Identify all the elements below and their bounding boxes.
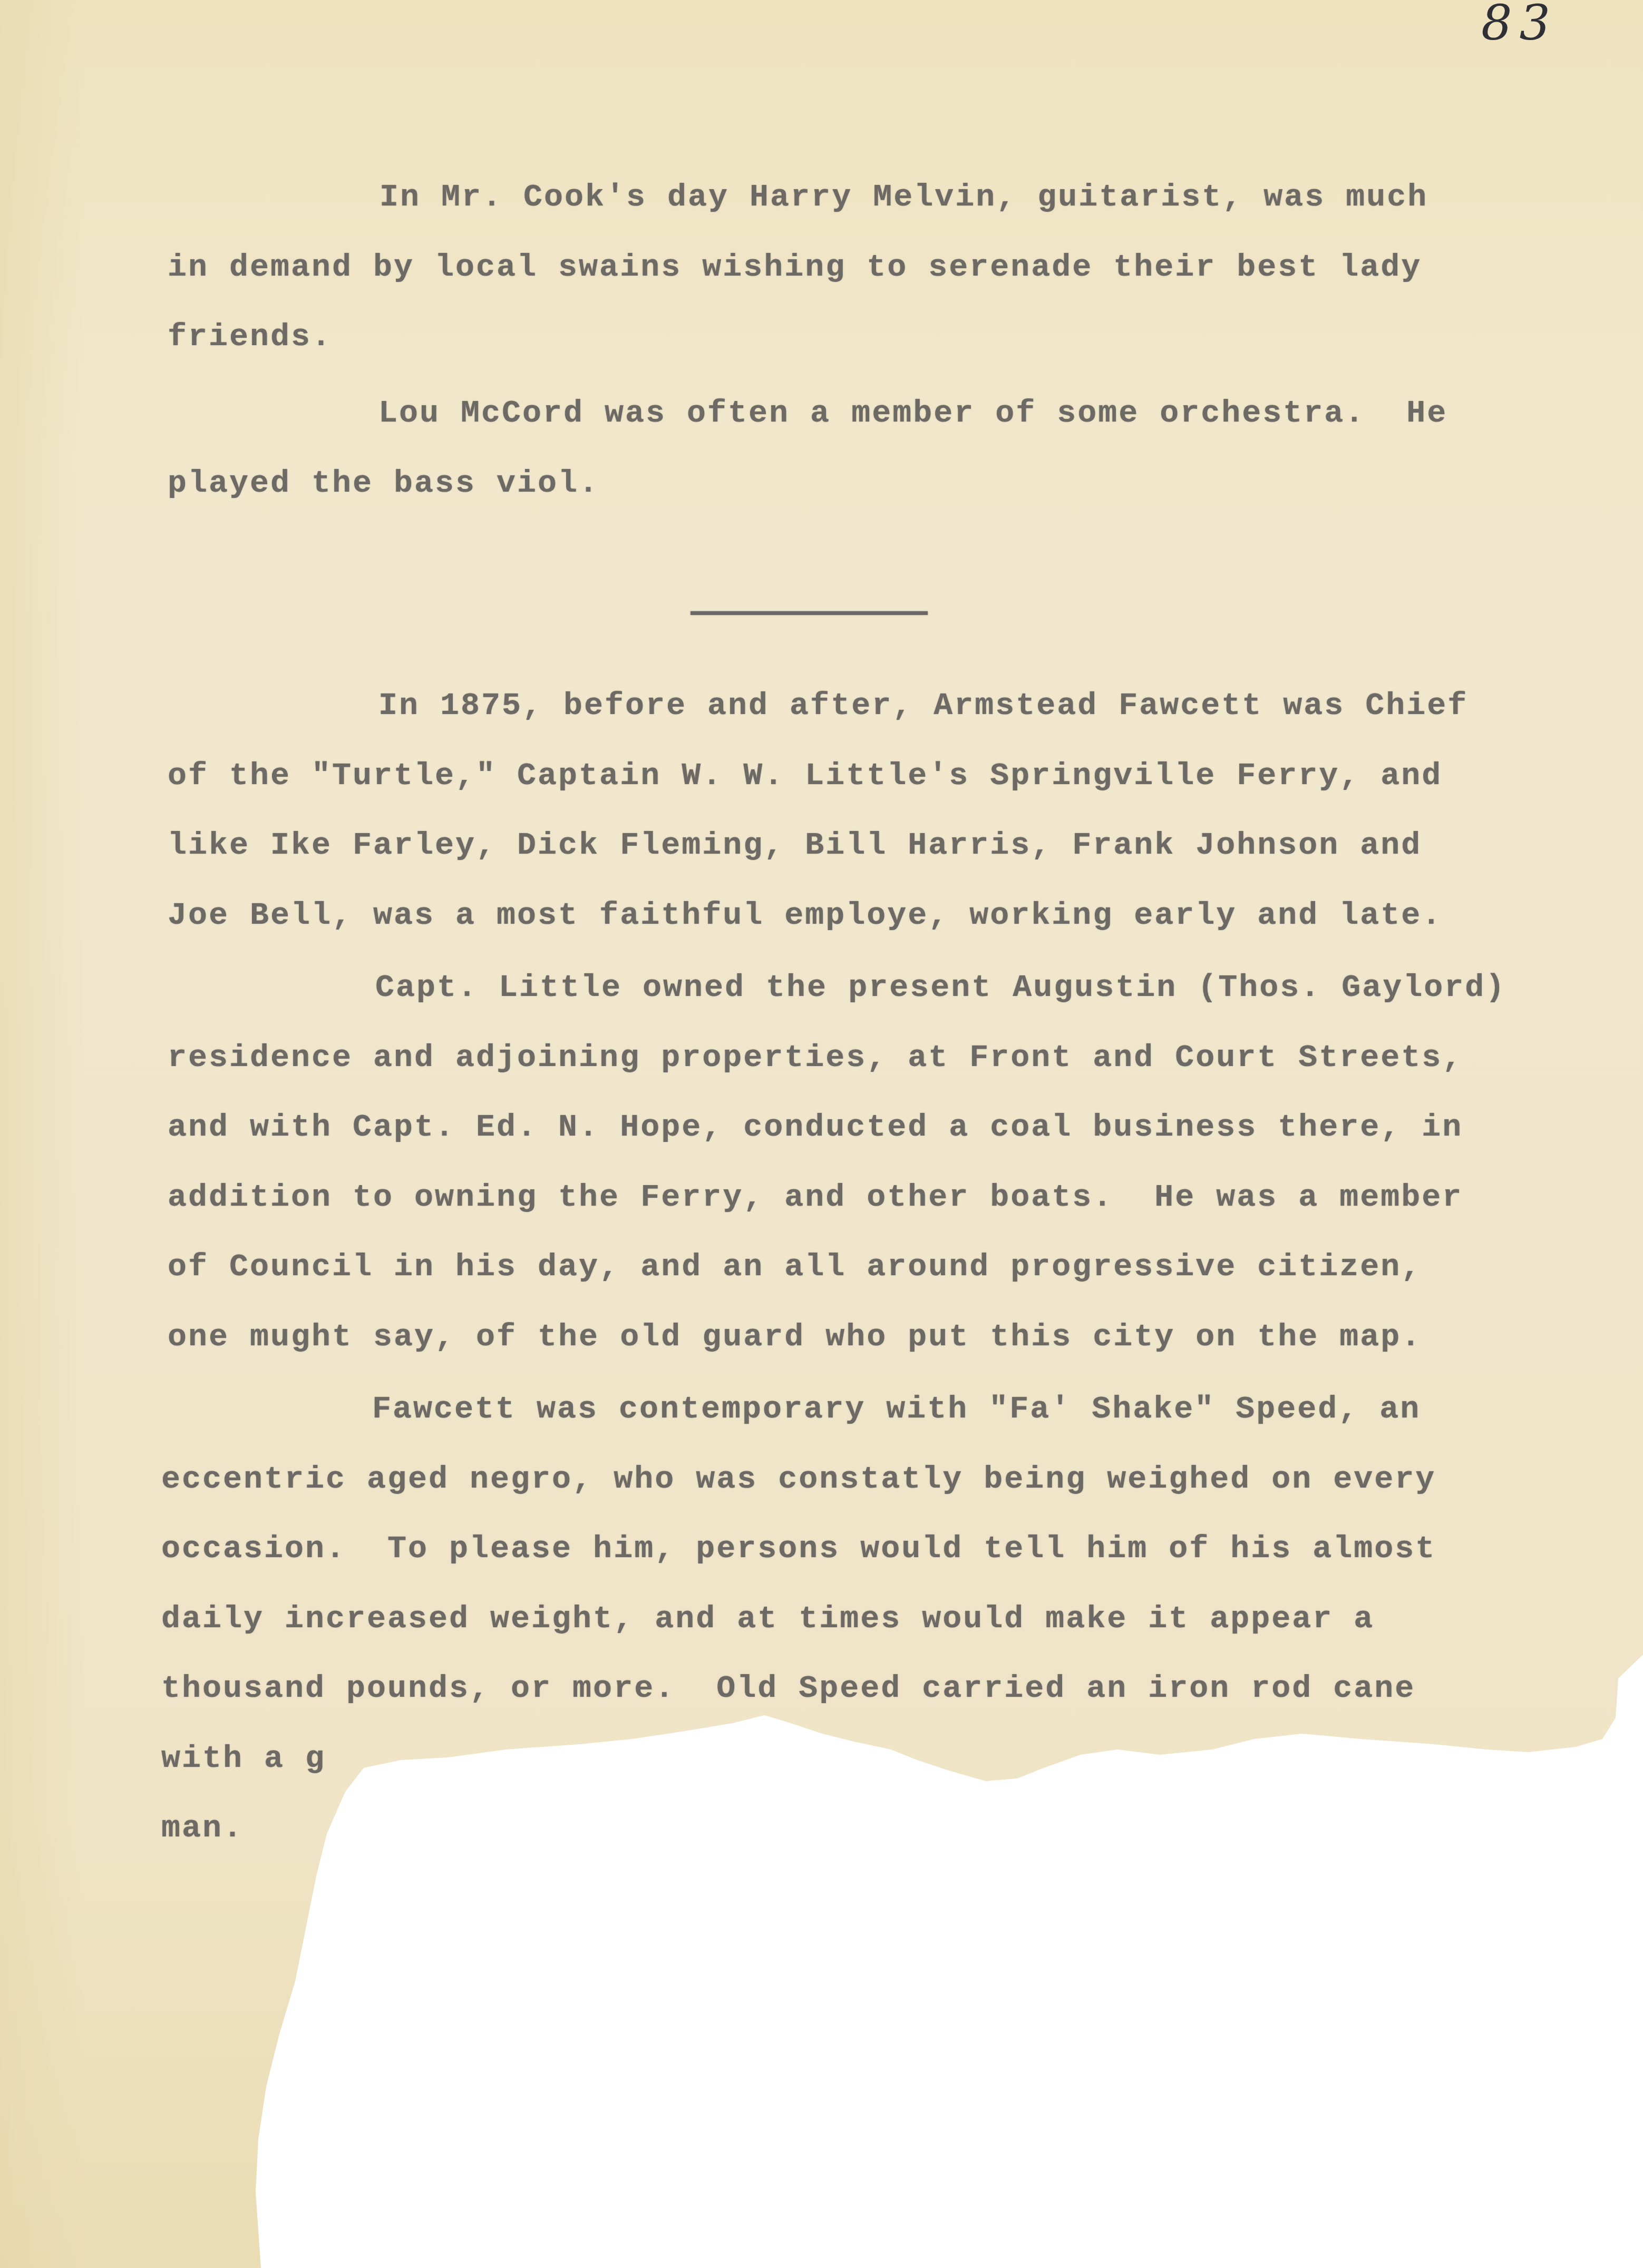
paragraph-2-line-1: Lou McCord was often a member of some or… [378, 398, 1447, 429]
paragraph-5-line-6: with a g [161, 1743, 326, 1775]
paragraph-2-line-2: played the bass viol. [168, 468, 599, 500]
paragraph-4-line-3: and with Capt. Ed. N. Hope, conducted a … [168, 1112, 1463, 1143]
paragraph-5-line-5: thousand pounds, or more. Old Speed carr… [161, 1673, 1415, 1705]
paragraph-1-line-3: friends. [168, 321, 332, 353]
paragraph-3-line-1: In 1875, before and after, Armstead Fawc… [378, 690, 1468, 722]
paragraph-4-line-5: of Council in his day, and an all around… [168, 1252, 1422, 1283]
handwritten-page-number: 83 [1481, 0, 1558, 51]
paragraph-3-line-4: Joe Bell, was a most faithful employe, w… [168, 900, 1442, 932]
paragraph-3-line-2: of the "Turtle," Captain W. W. Little's … [168, 760, 1442, 792]
paragraph-5-line-2: eccentric aged negro, who was constatly … [161, 1464, 1436, 1495]
paragraph-5-line-3: occasion. To please him, persons would t… [161, 1533, 1436, 1565]
paragraph-4-line-1: Capt. Little owned the present Augustin … [375, 972, 1506, 1004]
paragraph-4-line-2: residence and adjoining properties, at F… [168, 1042, 1463, 1074]
paragraph-1-line-1: In Mr. Cook's day Harry Melvin, guitaris… [380, 182, 1428, 213]
section-divider [691, 611, 928, 615]
typewritten-page: 83 In Mr. Cook's day Harry Melvin, guita… [0, 0, 1643, 2268]
paragraph-1-line-2: in demand by local swains wishing to ser… [168, 252, 1422, 283]
paragraph-4-line-4: addition to owning the Ferry, and other … [168, 1182, 1463, 1214]
paragraph-4-line-6: one mught say, of the old guard who put … [168, 1322, 1422, 1353]
paragraph-5-line-1: Fawcett was contemporary with "Fa' Shake… [372, 1394, 1421, 1425]
paragraph-5-line-4: daily increased weight, and at times wou… [161, 1604, 1374, 1635]
paragraph-5-line-7: man. [161, 1813, 244, 1844]
paragraph-3-line-3: like Ike Farley, Dick Fleming, Bill Harr… [168, 830, 1422, 862]
